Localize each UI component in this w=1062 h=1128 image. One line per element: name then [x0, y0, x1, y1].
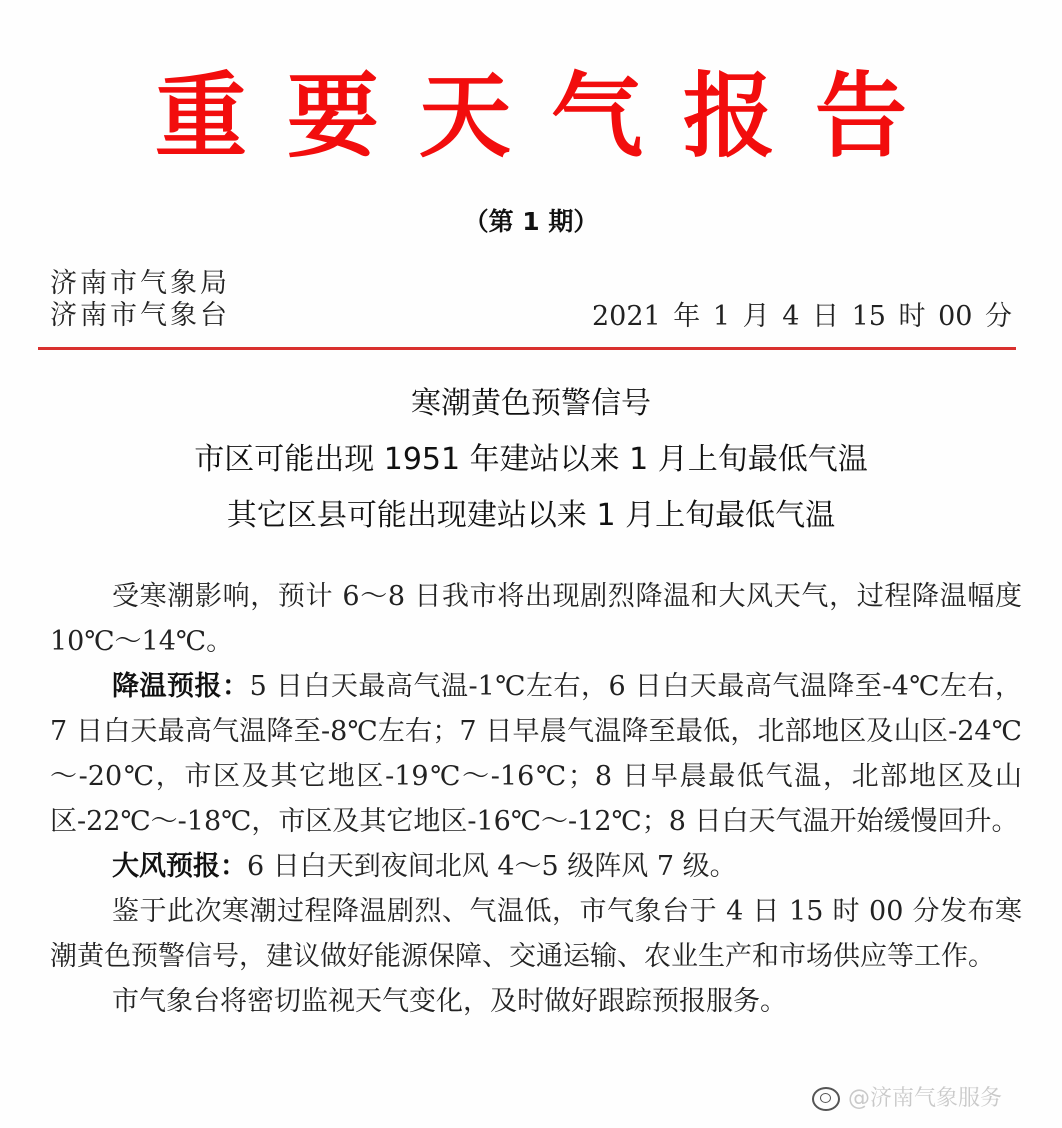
report-title: 重要天气报告 [0, 62, 1062, 172]
closing-paragraph: 市气象台将密切监视天气变化，及时做好跟踪预报服务。 [50, 979, 1022, 1024]
wind-forecast-text: 6 日白天到夜间北风 4～5 级阵风 7 级。 [247, 851, 737, 882]
red-divider [38, 347, 1016, 350]
headline-city-record: 市区可能出现 1951 年建站以来 1 月上旬最低气温 [0, 440, 1062, 480]
issuer-bureau: 济南市气象局 [50, 268, 230, 300]
watermark: @济南气象服务 [812, 1084, 1002, 1114]
watermark-text: @济南气象服务 [848, 1084, 1002, 1114]
weibo-icon [812, 1087, 840, 1111]
advice-paragraph: 鉴于此次寒潮过程降温剧烈、气温低，市气象台于 4 日 15 时 00 分发布寒潮… [50, 889, 1022, 979]
wind-forecast-paragraph: 大风预报：6 日白天到夜间北风 4～5 级阵风 7 级。 [50, 844, 1022, 889]
cooling-forecast-paragraph: 降温预报：5 日白天最高气温-1℃左右，6 日白天最高气温降至-4℃左右，7 日… [50, 664, 1022, 844]
issue-number: （第 1 期） [0, 204, 1062, 240]
headline-warning-signal: 寒潮黄色预警信号 [0, 384, 1062, 424]
intro-paragraph: 受寒潮影响，预计 6～8 日我市将出现剧烈降温和大风天气，过程降温幅度 10℃～… [50, 574, 1022, 664]
wind-forecast-label: 大风预报： [112, 851, 247, 882]
headline-counties-record: 其它区县可能出现建站以来 1 月上旬最低气温 [0, 496, 1062, 536]
report-body: 受寒潮影响，预计 6～8 日我市将出现剧烈降温和大风天气，过程降温幅度 10℃～… [50, 574, 1022, 1024]
issue-time: 2021 年 1 月 4 日 15 时 00 分 [592, 300, 1012, 334]
issuer-observatory: 济南市气象台 [50, 300, 230, 332]
issuer-block: 济南市气象局 济南市气象台 [50, 268, 230, 332]
cooling-forecast-label: 降温预报： [112, 671, 250, 702]
